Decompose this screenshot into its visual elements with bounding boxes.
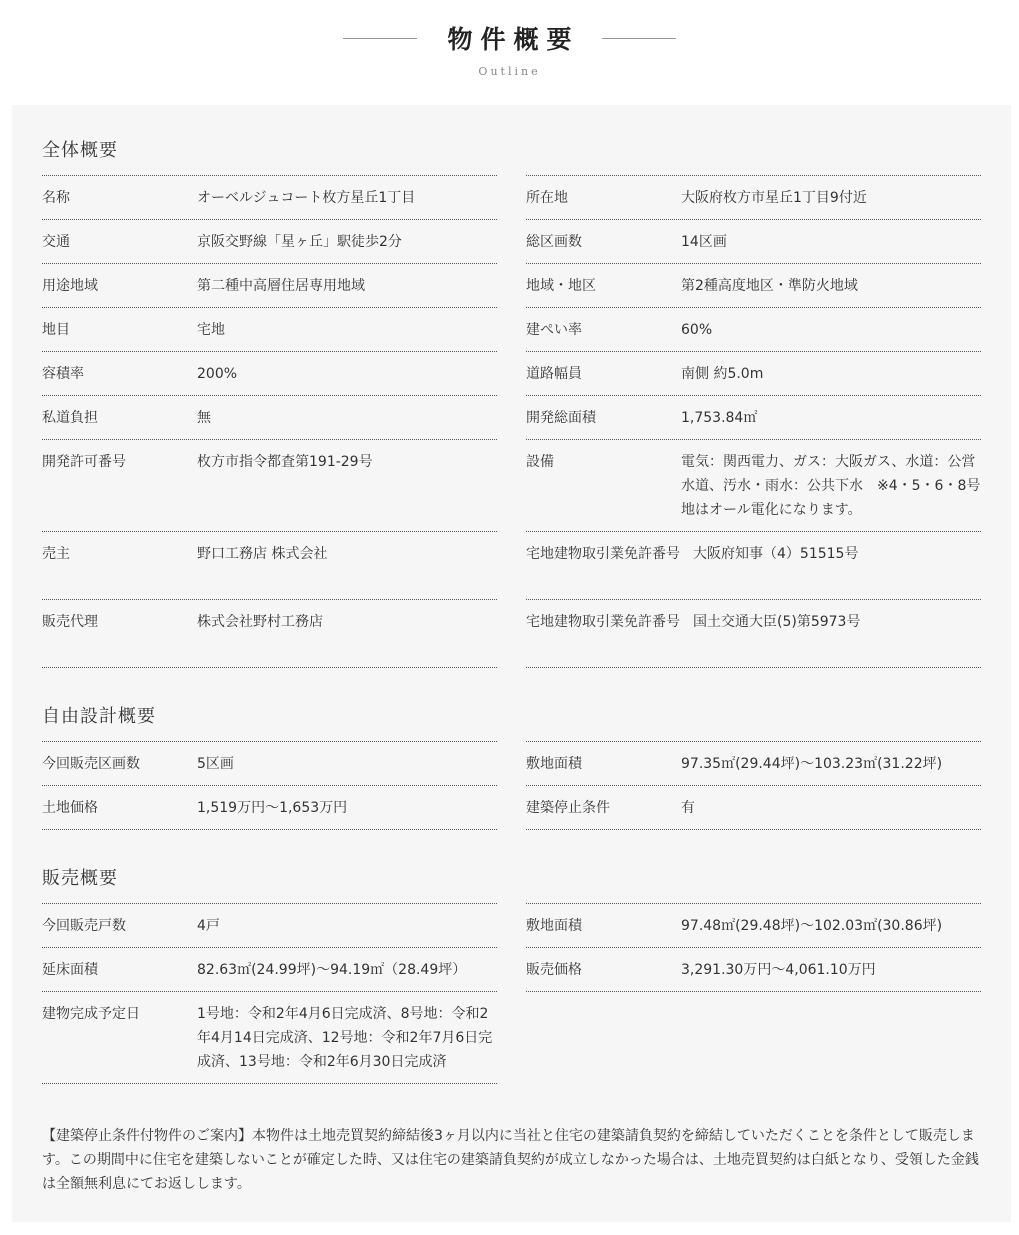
row-label: 地域・地区 [526, 274, 681, 298]
row-label: 敷地面積 [526, 752, 681, 776]
row-value: 1号地：令和2年4月6日完成済、8号地：令和2年4月14日完成済、12号地：令和… [197, 1002, 497, 1074]
row-label: 宅地建物取引業免許番号 [526, 542, 693, 590]
table-row: 売主野口工務店 株式会社 [42, 532, 497, 600]
table-row: 建物完成予定日1号地：令和2年4月6日完成済、8号地：令和2年4月14日完成済、… [42, 992, 497, 1084]
table-row: 敷地面積97.35㎡(29.44坪)〜103.23㎡(31.22坪) [526, 742, 981, 786]
row-value: 無 [197, 406, 497, 430]
row-value: 第二種中高層住居専用地域 [197, 274, 497, 298]
section-title: 自由設計概要 [42, 703, 981, 731]
table-row: 建築停止条件有 [526, 786, 981, 830]
row-value: 京阪交野線「星ヶ丘」駅徒歩2分 [197, 230, 497, 254]
row-label: 販売代理 [42, 610, 197, 658]
row-label: 宅地建物取引業免許番号 [526, 610, 693, 658]
section-sales: 販売概要 今回販売戸数4戸 延床面積82.63㎡(24.99坪)〜94.19㎡（… [42, 865, 981, 1084]
row-value: 4戸 [197, 914, 497, 938]
row-value: 3,291.30万円〜4,061.10万円 [681, 958, 981, 982]
row-label: 開発総面積 [526, 406, 681, 430]
row-label: 土地価格 [42, 796, 197, 820]
row-label: 交通 [42, 230, 197, 254]
table-row: 延床面積82.63㎡(24.99坪)〜94.19㎡（28.49坪） [42, 948, 497, 992]
row-label: 総区画数 [526, 230, 681, 254]
row-value: 国土交通大臣(5)第5973号 [693, 610, 981, 658]
row-label: 今回販売戸数 [42, 914, 197, 938]
table-row: 所在地大阪府枚方市星丘1丁目9付近 [526, 176, 981, 220]
row-label: 建築停止条件 [526, 796, 681, 820]
row-label: 延床面積 [42, 958, 197, 982]
title-row: 物件概要 [0, 20, 1019, 56]
table-row: 容積率200% [42, 352, 497, 396]
page-subtitle: Outline [0, 65, 1019, 78]
row-label: 用途地域 [42, 274, 197, 298]
left-column: 名称オーベルジュコート枚方星丘1丁目 交通京阪交野線「星ヶ丘」駅徒歩2分 用途地… [42, 175, 497, 668]
table-row: 地目宅地 [42, 308, 497, 352]
page-title: 物件概要 [447, 20, 579, 56]
row-value: 宅地 [197, 318, 497, 342]
page-header: 物件概要 Outline [0, 0, 1019, 105]
row-value: 1,519万円〜1,653万円 [197, 796, 497, 820]
row-value: 1,753.84㎡ [681, 406, 981, 430]
row-value: 97.35㎡(29.44坪)〜103.23㎡(31.22坪) [681, 752, 981, 776]
row-label: 開発許可番号 [42, 450, 197, 522]
row-value: 第2種高度地区・準防火地域 [681, 274, 981, 298]
table-row: 今回販売区画数5区画 [42, 742, 497, 786]
section-columns: 今回販売区画数5区画 土地価格1,519万円〜1,653万円 敷地面積97.35… [42, 741, 981, 830]
row-label: 私道負担 [42, 406, 197, 430]
table-row: 地域・地区第2種高度地区・準防火地域 [526, 264, 981, 308]
section-free-design: 自由設計概要 今回販売区画数5区画 土地価格1,519万円〜1,653万円 敷地… [42, 703, 981, 830]
row-label: 設備 [526, 450, 681, 522]
row-value: 大阪府枚方市星丘1丁目9付近 [681, 186, 981, 210]
row-label: 地目 [42, 318, 197, 342]
section-overall: 全体概要 名称オーベルジュコート枚方星丘1丁目 交通京阪交野線「星ヶ丘」駅徒歩2… [42, 137, 981, 668]
row-label: 所在地 [526, 186, 681, 210]
table-row: 設備電気：関西電力、ガス：大阪ガス、水道：公営水道、汚水・雨水：公共下水 ※4・… [526, 440, 981, 532]
row-label: 道路幅員 [526, 362, 681, 386]
right-column: 敷地面積97.48㎡(29.48坪)〜102.03㎡(30.86坪) 販売価格3… [526, 903, 981, 992]
table-row: 開発許可番号枚方市指令都査第191-29号 [42, 440, 497, 532]
row-label: 敷地面積 [526, 914, 681, 938]
table-row: 総区画数14区画 [526, 220, 981, 264]
building-condition-note: 【建築停止条件付物件のご案内】本物件は土地売買契約締結後3ヶ月以内に当社と住宅の… [42, 1124, 981, 1196]
row-label: 容積率 [42, 362, 197, 386]
table-row: 敷地面積97.48㎡(29.48坪)〜102.03㎡(30.86坪) [526, 904, 981, 948]
section-columns: 今回販売戸数4戸 延床面積82.63㎡(24.99坪)〜94.19㎡（28.49… [42, 903, 981, 1084]
title-divider-right [602, 38, 676, 39]
row-value: 82.63㎡(24.99坪)〜94.19㎡（28.49坪） [197, 958, 497, 982]
table-row: 私道負担無 [42, 396, 497, 440]
row-value: 野口工務店 株式会社 [197, 542, 497, 590]
row-value: 大阪府知事（4）51515号 [693, 542, 981, 590]
table-row: 交通京阪交野線「星ヶ丘」駅徒歩2分 [42, 220, 497, 264]
section-columns: 名称オーベルジュコート枚方星丘1丁目 交通京阪交野線「星ヶ丘」駅徒歩2分 用途地… [42, 175, 981, 668]
left-column: 今回販売区画数5区画 土地価格1,519万円〜1,653万円 [42, 741, 497, 830]
row-value: 200% [197, 362, 497, 386]
row-label: 今回販売区画数 [42, 752, 197, 776]
table-row: 宅地建物取引業免許番号大阪府知事（4）51515号 [526, 532, 981, 600]
row-value: 5区画 [197, 752, 497, 776]
table-row: 今回販売戸数4戸 [42, 904, 497, 948]
outline-panel: 全体概要 名称オーベルジュコート枚方星丘1丁目 交通京阪交野線「星ヶ丘」駅徒歩2… [12, 105, 1011, 1222]
right-column: 所在地大阪府枚方市星丘1丁目9付近 総区画数14区画 地域・地区第2種高度地区・… [526, 175, 981, 668]
row-value: 97.48㎡(29.48坪)〜102.03㎡(30.86坪) [681, 914, 981, 938]
table-row: 名称オーベルジュコート枚方星丘1丁目 [42, 176, 497, 220]
table-row: 用途地域第二種中高層住居専用地域 [42, 264, 497, 308]
row-label: 販売価格 [526, 958, 681, 982]
row-value: 株式会社野村工務店 [197, 610, 497, 658]
row-label: 建物完成予定日 [42, 1002, 197, 1074]
table-row: 宅地建物取引業免許番号国土交通大臣(5)第5973号 [526, 600, 981, 668]
row-value: 14区画 [681, 230, 981, 254]
row-value: 枚方市指令都査第191-29号 [197, 450, 497, 522]
row-value: 有 [681, 796, 981, 820]
row-label: 名称 [42, 186, 197, 210]
right-column: 敷地面積97.35㎡(29.44坪)〜103.23㎡(31.22坪) 建築停止条… [526, 741, 981, 830]
row-value: 60% [681, 318, 981, 342]
section-title: 全体概要 [42, 137, 981, 165]
table-row: 販売価格3,291.30万円〜4,061.10万円 [526, 948, 981, 992]
row-value: 電気：関西電力、ガス：大阪ガス、水道：公営水道、汚水・雨水：公共下水 ※4・5・… [681, 450, 981, 522]
table-row: 開発総面積1,753.84㎡ [526, 396, 981, 440]
title-divider-left [343, 38, 417, 39]
row-label: 建ぺい率 [526, 318, 681, 342]
table-row: 建ぺい率60% [526, 308, 981, 352]
table-row: 販売代理株式会社野村工務店 [42, 600, 497, 668]
row-value: オーベルジュコート枚方星丘1丁目 [197, 186, 497, 210]
row-value: 南側 約5.0m [681, 362, 981, 386]
section-title: 販売概要 [42, 865, 981, 893]
row-label: 売主 [42, 542, 197, 590]
left-column: 今回販売戸数4戸 延床面積82.63㎡(24.99坪)〜94.19㎡（28.49… [42, 903, 497, 1084]
table-row: 道路幅員南側 約5.0m [526, 352, 981, 396]
table-row: 土地価格1,519万円〜1,653万円 [42, 786, 497, 830]
